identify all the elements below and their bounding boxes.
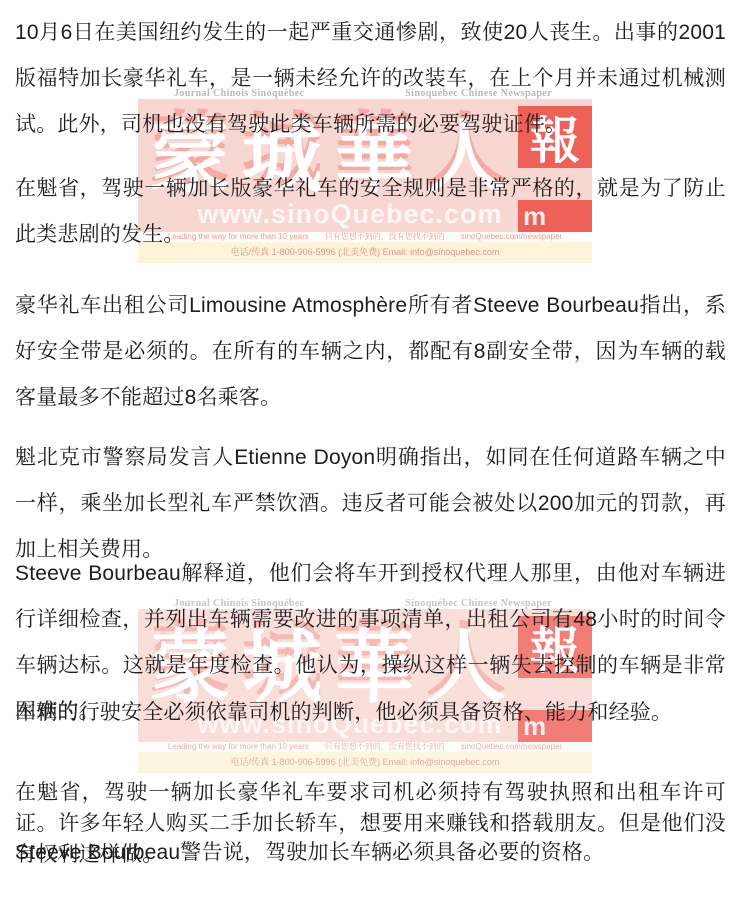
article-paragraph-6: 车辆的行驶安全必须依靠司机的判断，他必须具备资格、能力和经验。 bbox=[15, 690, 726, 736]
watermark-tagline-site: sinoQuebec.com/newspaper bbox=[461, 742, 562, 752]
article-paragraph-3: 豪华礼车出租公司Limousine Atmosphère所有者Steeve Bo… bbox=[15, 283, 726, 421]
article-paragraph-1: 10月6日在美国纽约发生的一起严重交通惨剧，致使20人丧生。出事的2001版福特… bbox=[15, 10, 726, 148]
watermark-tagline-band: Leading the way for more than 10 years 只… bbox=[138, 742, 592, 752]
article-paragraph-8: Steeve Bourbeau警告说，驾驶加长车辆必须具备必要的资格。 bbox=[15, 837, 726, 868]
article-paragraph-2: 在魁省，驾驶一辆加长版豪华礼车的安全规则是非常严格的，就是为了防止此类悲剧的发生… bbox=[15, 166, 726, 258]
article-page: { "page": { "width": 739, "height": 914,… bbox=[0, 0, 739, 914]
watermark-tagline-chinese: 只有您想不到的，没有您找不到的 bbox=[325, 742, 445, 752]
watermark-tagline-english: Leading the way for more than 10 years bbox=[168, 742, 309, 752]
watermark-contact-band: 电话/传真 1-800-906-5996 (北美免费) Email: info@… bbox=[138, 752, 592, 773]
